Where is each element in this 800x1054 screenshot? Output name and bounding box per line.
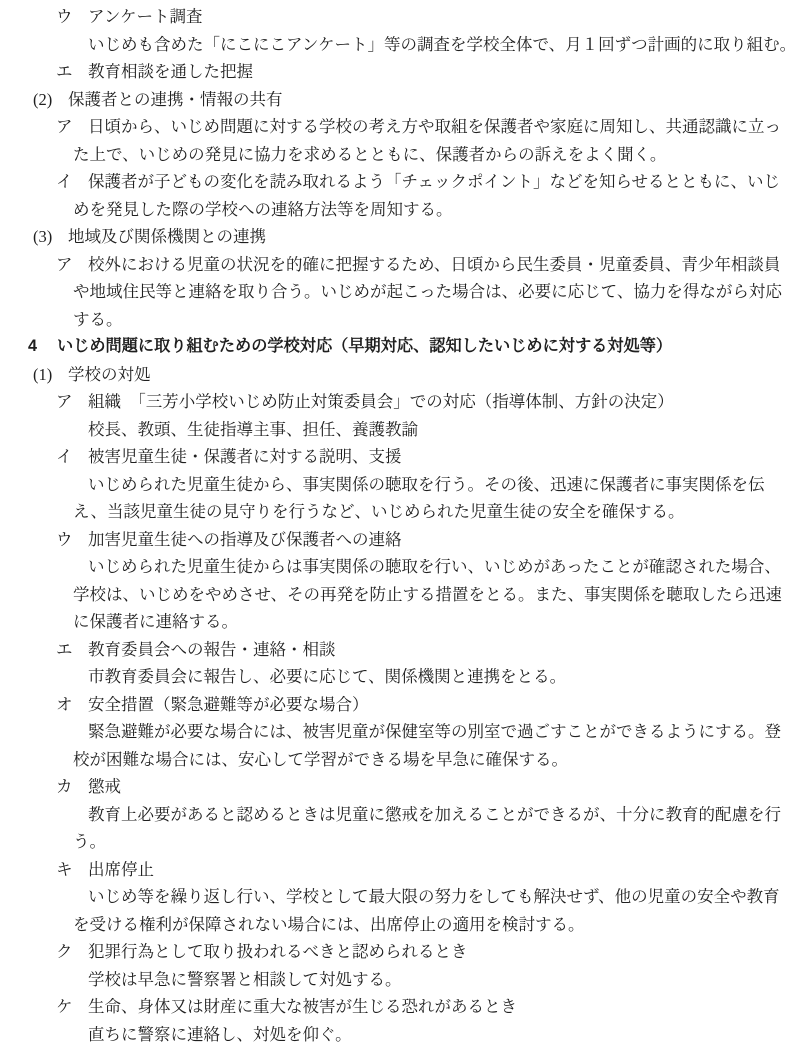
item-label: キ xyxy=(56,856,88,884)
item-label: イ xyxy=(56,168,88,196)
document-line: オ安全措置（緊急避難等が必要な場合） xyxy=(0,691,800,719)
item-label: オ xyxy=(56,691,88,719)
line-text: いじめ等を繰り返し行い、学校として最大限の努力をしても解決せず、他の児童の安全や… xyxy=(88,887,780,906)
item-label: エ xyxy=(56,636,88,664)
line-text: 日頃から、いじめ問題に対する学校の考え方や取組を保護者や家庭に周知し、共通認識に… xyxy=(88,117,781,136)
line-text: 学校の対処 xyxy=(68,365,151,384)
item-label: ア xyxy=(56,388,88,416)
line-text: 出席停止 xyxy=(88,860,154,879)
document-line: 緊急避難が必要な場合には、被害児童が保健室等の別室で過ごすことができるようにする… xyxy=(0,718,800,746)
document-line: する。 xyxy=(0,306,800,334)
line-text: 地域及び関係機関との連携 xyxy=(68,227,266,246)
item-label: ア xyxy=(56,113,88,141)
line-text: 組織 「三芳小学校いじめ防止対策委員会」での対応（指導体制、方針の決定） xyxy=(88,392,674,411)
document-line: を受ける権利が保障されない場合には、出席停止の適用を検討する。 xyxy=(0,911,800,939)
document-line: 校が困難な場合には、安心して学習ができる場を早急に確保する。 xyxy=(0,746,800,774)
item-label: ケ xyxy=(56,993,88,1021)
line-text: や地域住民等と連絡を取り合う。いじめが起こった場合は、必要に応じて、協力を得なが… xyxy=(73,282,782,301)
line-text: 市教育委員会に報告し、必要に応じて、関係機関と連携をとる。 xyxy=(88,667,566,686)
item-label: ウ xyxy=(56,526,88,554)
document-line: え、当該児童生徒の見守りを行うなど、いじめられた児童生徒の安全を確保する。 xyxy=(0,498,800,526)
item-label: カ xyxy=(56,773,88,801)
item-label: イ xyxy=(56,443,88,471)
document-line: キ出席停止 xyxy=(0,856,800,884)
item-label: (3) xyxy=(33,223,68,251)
document-body: ウアンケート調査いじめも含めた「にこにこアンケート」等の調査を学校全体で、月１回… xyxy=(0,3,800,1048)
line-text: 保護者が子どもの変化を読み取れるよう「チェックポイント」などを知らせるとともに、… xyxy=(88,172,780,191)
item-label: ウ xyxy=(56,3,88,31)
line-text: 被害児童生徒・保護者に対する説明、支援 xyxy=(88,447,402,466)
line-text: 生命、身体又は財産に重大な被害が生じる恐れがあるとき xyxy=(88,997,517,1016)
item-label: 4 xyxy=(28,333,57,361)
line-text: いじめ問題に取り組むための学校対応（早期対応、認知したいじめに対する対処等） xyxy=(57,337,672,355)
line-text: 教育委員会への報告・連絡・相談 xyxy=(88,640,336,659)
line-text: 加害児童生徒への指導及び保護者への連絡 xyxy=(88,530,402,549)
line-text: いじめられた児童生徒から、事実関係の聴取を行う。その後、迅速に保護者に事実関係を… xyxy=(88,475,765,494)
line-text: 校外における児童の状況を的確に把握するため、日頃から民生委員・児童委員、青少年相… xyxy=(88,255,780,274)
document-line: イ保護者が子どもの変化を読み取れるよう「チェックポイント」などを知らせるとともに… xyxy=(0,168,800,196)
line-text: え、当該児童生徒の見守りを行うなど、いじめられた児童生徒の安全を確保する。 xyxy=(73,502,685,521)
document-line: う。 xyxy=(0,828,800,856)
line-text: 校長、教頭、生徒指導主事、担任、養護教諭 xyxy=(88,420,418,439)
line-text: 直ちに警察に連絡し、対処を仰ぐ。 xyxy=(88,1025,352,1044)
document-line: ウ加害児童生徒への指導及び保護者への連絡 xyxy=(0,526,800,554)
line-text: 校が困難な場合には、安心して学習ができる場を早急に確保する。 xyxy=(73,750,568,769)
document-line: いじめも含めた「にこにこアンケート」等の調査を学校全体で、月１回ずつ計画的に取り… xyxy=(0,31,800,59)
document-line: 学校は、いじめをやめさせ、その再発を防止する措置をとる。また、事実関係を聴取した… xyxy=(0,581,800,609)
document-line: た上で、いじめの発見に協力を求めるとともに、保護者からの訴えをよく聞く。 xyxy=(0,141,800,169)
document-line: イ被害児童生徒・保護者に対する説明、支援 xyxy=(0,443,800,471)
item-label: ア xyxy=(56,251,88,279)
document-line: や地域住民等と連絡を取り合う。いじめが起こった場合は、必要に応じて、協力を得なが… xyxy=(0,278,800,306)
document-line: ア校外における児童の状況を的確に把握するため、日頃から民生委員・児童委員、青少年… xyxy=(0,251,800,279)
document-line: (1)学校の対処 xyxy=(0,361,800,389)
line-text: 教育相談を通した把握 xyxy=(88,62,253,81)
line-text: 安全措置（緊急避難等が必要な場合） xyxy=(88,695,369,714)
document-line: ケ生命、身体又は財産に重大な被害が生じる恐れがあるとき xyxy=(0,993,800,1021)
line-text: う。 xyxy=(73,832,106,851)
document-line: 直ちに警察に連絡し、対処を仰ぐ。 xyxy=(0,1021,800,1049)
document-line: (2)保護者との連携・情報の共有 xyxy=(0,86,800,114)
line-text: 学校は早急に警察署と相談して対処する。 xyxy=(88,970,402,989)
line-text: 犯罪行為として取り扱われるべきと認められるとき xyxy=(88,942,468,961)
document-line: いじめられた児童生徒から、事実関係の聴取を行う。その後、迅速に保護者に事実関係を… xyxy=(0,471,800,499)
document-line: 教育上必要があると認めるときは児童に懲戒を加えることができるが、十分に教育的配慮… xyxy=(0,801,800,829)
document-line: ク犯罪行為として取り扱われるべきと認められるとき xyxy=(0,938,800,966)
document-line: エ教育相談を通した把握 xyxy=(0,58,800,86)
line-text: 保護者との連携・情報の共有 xyxy=(68,90,283,109)
document-line: ウアンケート調査 xyxy=(0,3,800,31)
line-text: めを発見した際の学校への連絡方法等を周知する。 xyxy=(73,200,453,219)
document-line: (3)地域及び関係機関との連携 xyxy=(0,223,800,251)
document-line: カ懲戒 xyxy=(0,773,800,801)
line-text: を受ける権利が保障されない場合には、出席停止の適用を検討する。 xyxy=(73,915,585,934)
document-line: ア組織 「三芳小学校いじめ防止対策委員会」での対応（指導体制、方針の決定） xyxy=(0,388,800,416)
line-text: する。 xyxy=(73,310,123,329)
line-text: に保護者に連絡する。 xyxy=(73,612,238,631)
document-line: 校長、教頭、生徒指導主事、担任、養護教諭 xyxy=(0,416,800,444)
document-line: 4いじめ問題に取り組むための学校対応（早期対応、認知したいじめに対する対処等） xyxy=(0,333,800,361)
line-text: 緊急避難が必要な場合には、被害児童が保健室等の別室で過ごすことができるようにする… xyxy=(88,722,781,741)
document-line: 市教育委員会に報告し、必要に応じて、関係機関と連携をとる。 xyxy=(0,663,800,691)
document-line: エ教育委員会への報告・連絡・相談 xyxy=(0,636,800,664)
document-page: ウアンケート調査いじめも含めた「にこにこアンケート」等の調査を学校全体で、月１回… xyxy=(0,0,800,1054)
line-text: た上で、いじめの発見に協力を求めるとともに、保護者からの訴えをよく聞く。 xyxy=(73,145,666,164)
document-line: いじめ等を繰り返し行い、学校として最大限の努力をしても解決せず、他の児童の安全や… xyxy=(0,883,800,911)
document-line: めを発見した際の学校への連絡方法等を周知する。 xyxy=(0,196,800,224)
item-label: エ xyxy=(56,58,88,86)
document-line: に保護者に連絡する。 xyxy=(0,608,800,636)
line-text: いじめも含めた「にこにこアンケート」等の調査を学校全体で、月１回ずつ計画的に取り… xyxy=(88,35,796,54)
document-line: 学校は早急に警察署と相談して対処する。 xyxy=(0,966,800,994)
item-label: ク xyxy=(56,938,88,966)
line-text: 教育上必要があると認めるときは児童に懲戒を加えることができるが、十分に教育的配慮… xyxy=(88,805,781,824)
line-text: いじめられた児童生徒からは事実関係の聴取を行い、いじめがあったことが確認された場… xyxy=(88,557,781,576)
item-label: (1) xyxy=(33,361,68,389)
line-text: 学校は、いじめをやめさせ、その再発を防止する措置をとる。また、事実関係を聴取した… xyxy=(73,585,782,604)
line-text: アンケート調査 xyxy=(88,7,203,26)
document-line: ア日頃から、いじめ問題に対する学校の考え方や取組を保護者や家庭に周知し、共通認識… xyxy=(0,113,800,141)
document-line: いじめられた児童生徒からは事実関係の聴取を行い、いじめがあったことが確認された場… xyxy=(0,553,800,581)
line-text: 懲戒 xyxy=(88,777,121,796)
item-label: (2) xyxy=(33,86,68,114)
